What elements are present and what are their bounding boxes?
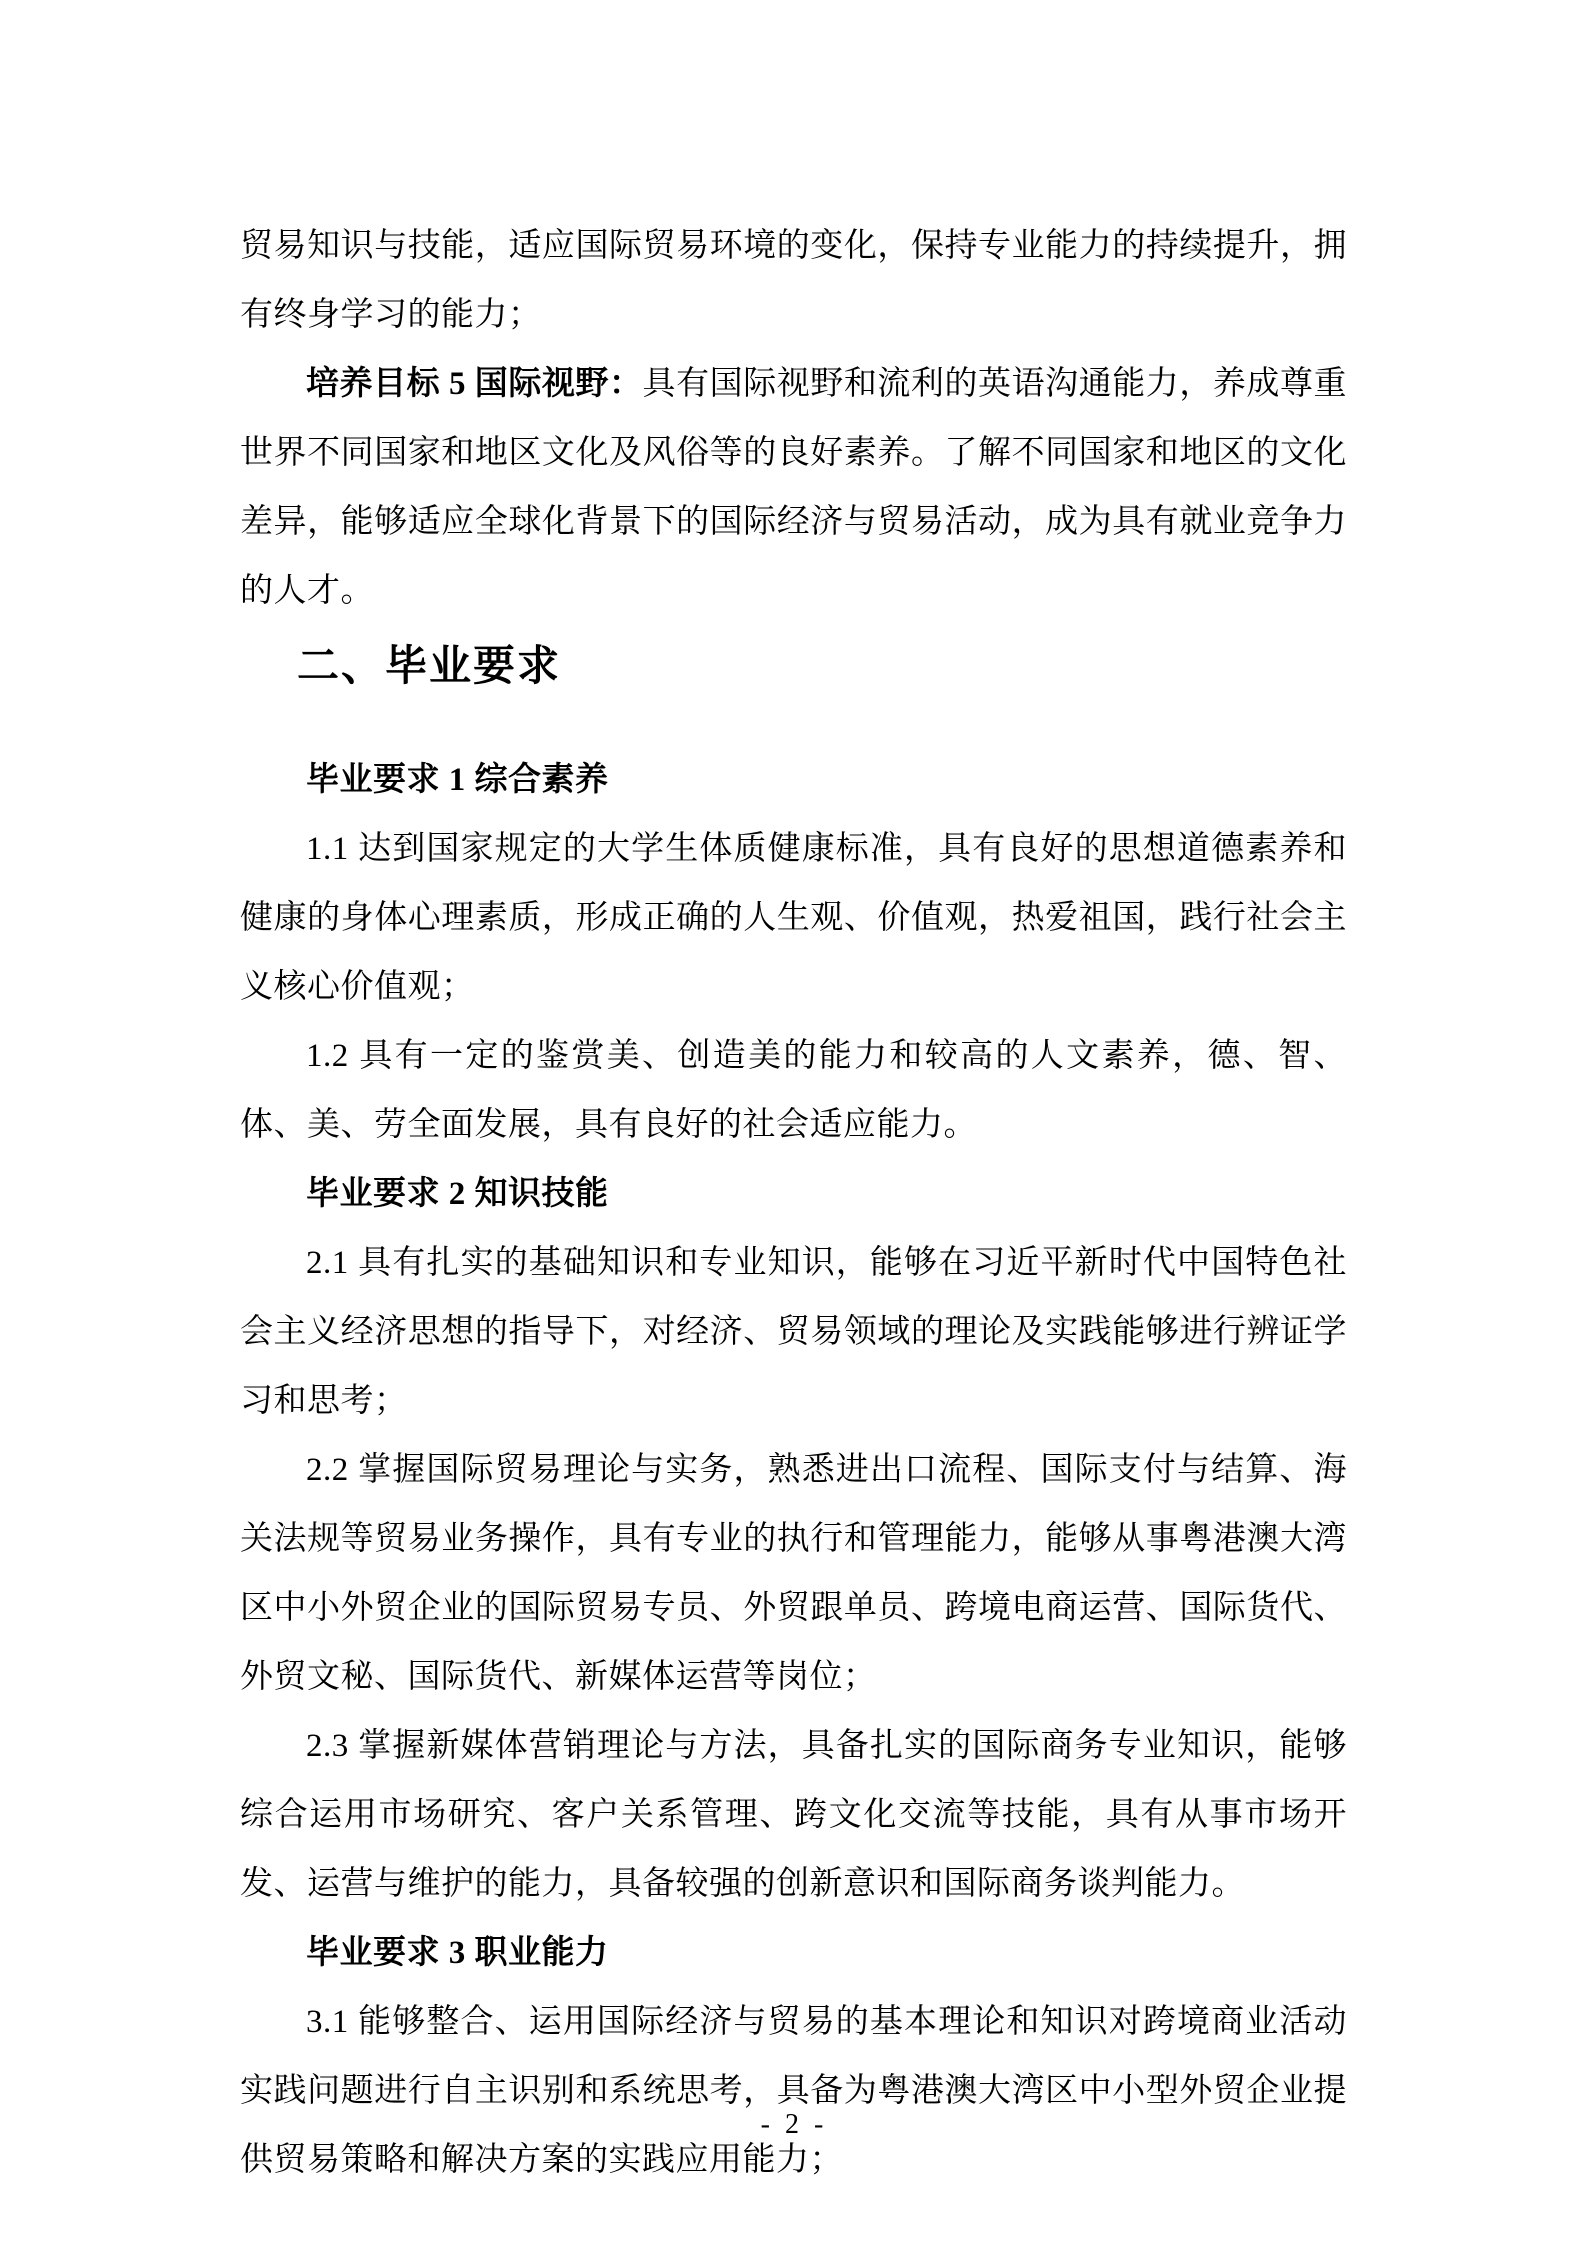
objective-5-label: 培养目标 5 国际视野： xyxy=(306,366,643,402)
paragraph-2-3: 2.3 掌握新媒体营销理论与方法，具备扎实的国际商务专业知识，能够综合运用市场研… xyxy=(240,1712,1347,1919)
requirement-3-title: 毕业要求 3 职业能力 xyxy=(240,1919,1347,1988)
section-heading-graduation-requirements: 二、毕业要求 xyxy=(240,636,1347,696)
requirement-2-title: 毕业要求 2 知识技能 xyxy=(240,1160,1347,1229)
paragraph-2-2: 2.2 掌握国际贸易理论与实务，熟悉进出口流程、国际支付与结算、海关法规等贸易业… xyxy=(240,1436,1347,1712)
document-page: 贸易知识与技能，适应国际贸易环境的变化，保持专业能力的持续提升，拥有终身学习的能… xyxy=(0,0,1588,2245)
page-number: - 2 - xyxy=(0,2108,1588,2142)
paragraph-1-1: 1.1 达到国家规定的大学生体质健康标准，具有良好的思想道德素养和健康的身体心理… xyxy=(240,815,1347,1022)
objective-5-text: 具有国际视野和流利的英语沟通能力，养成尊重世界不同国家和地区文化及风俗等的良好素… xyxy=(240,366,1347,609)
paragraph-1-2: 1.2 具有一定的鉴赏美、创造美的能力和较高的人文素养，德、智、体、美、劳全面发… xyxy=(240,1022,1347,1160)
paragraph-continuation: 贸易知识与技能，适应国际贸易环境的变化，保持专业能力的持续提升，拥有终身学习的能… xyxy=(240,212,1347,350)
paragraph-2-1: 2.1 具有扎实的基础知识和专业知识，能够在习近平新时代中国特色社会主义经济思想… xyxy=(240,1229,1347,1436)
document-body: 贸易知识与技能，适应国际贸易环境的变化，保持专业能力的持续提升，拥有终身学习的能… xyxy=(240,212,1347,2195)
paragraph-objective-5: 培养目标 5 国际视野：具有国际视野和流利的英语沟通能力，养成尊重世界不同国家和… xyxy=(240,350,1347,626)
paragraph-3-1: 3.1 能够整合、运用国际经济与贸易的基本理论和知识对跨境商业活动实践问题进行自… xyxy=(240,1988,1347,2195)
requirement-1-title: 毕业要求 1 综合素养 xyxy=(240,746,1347,815)
